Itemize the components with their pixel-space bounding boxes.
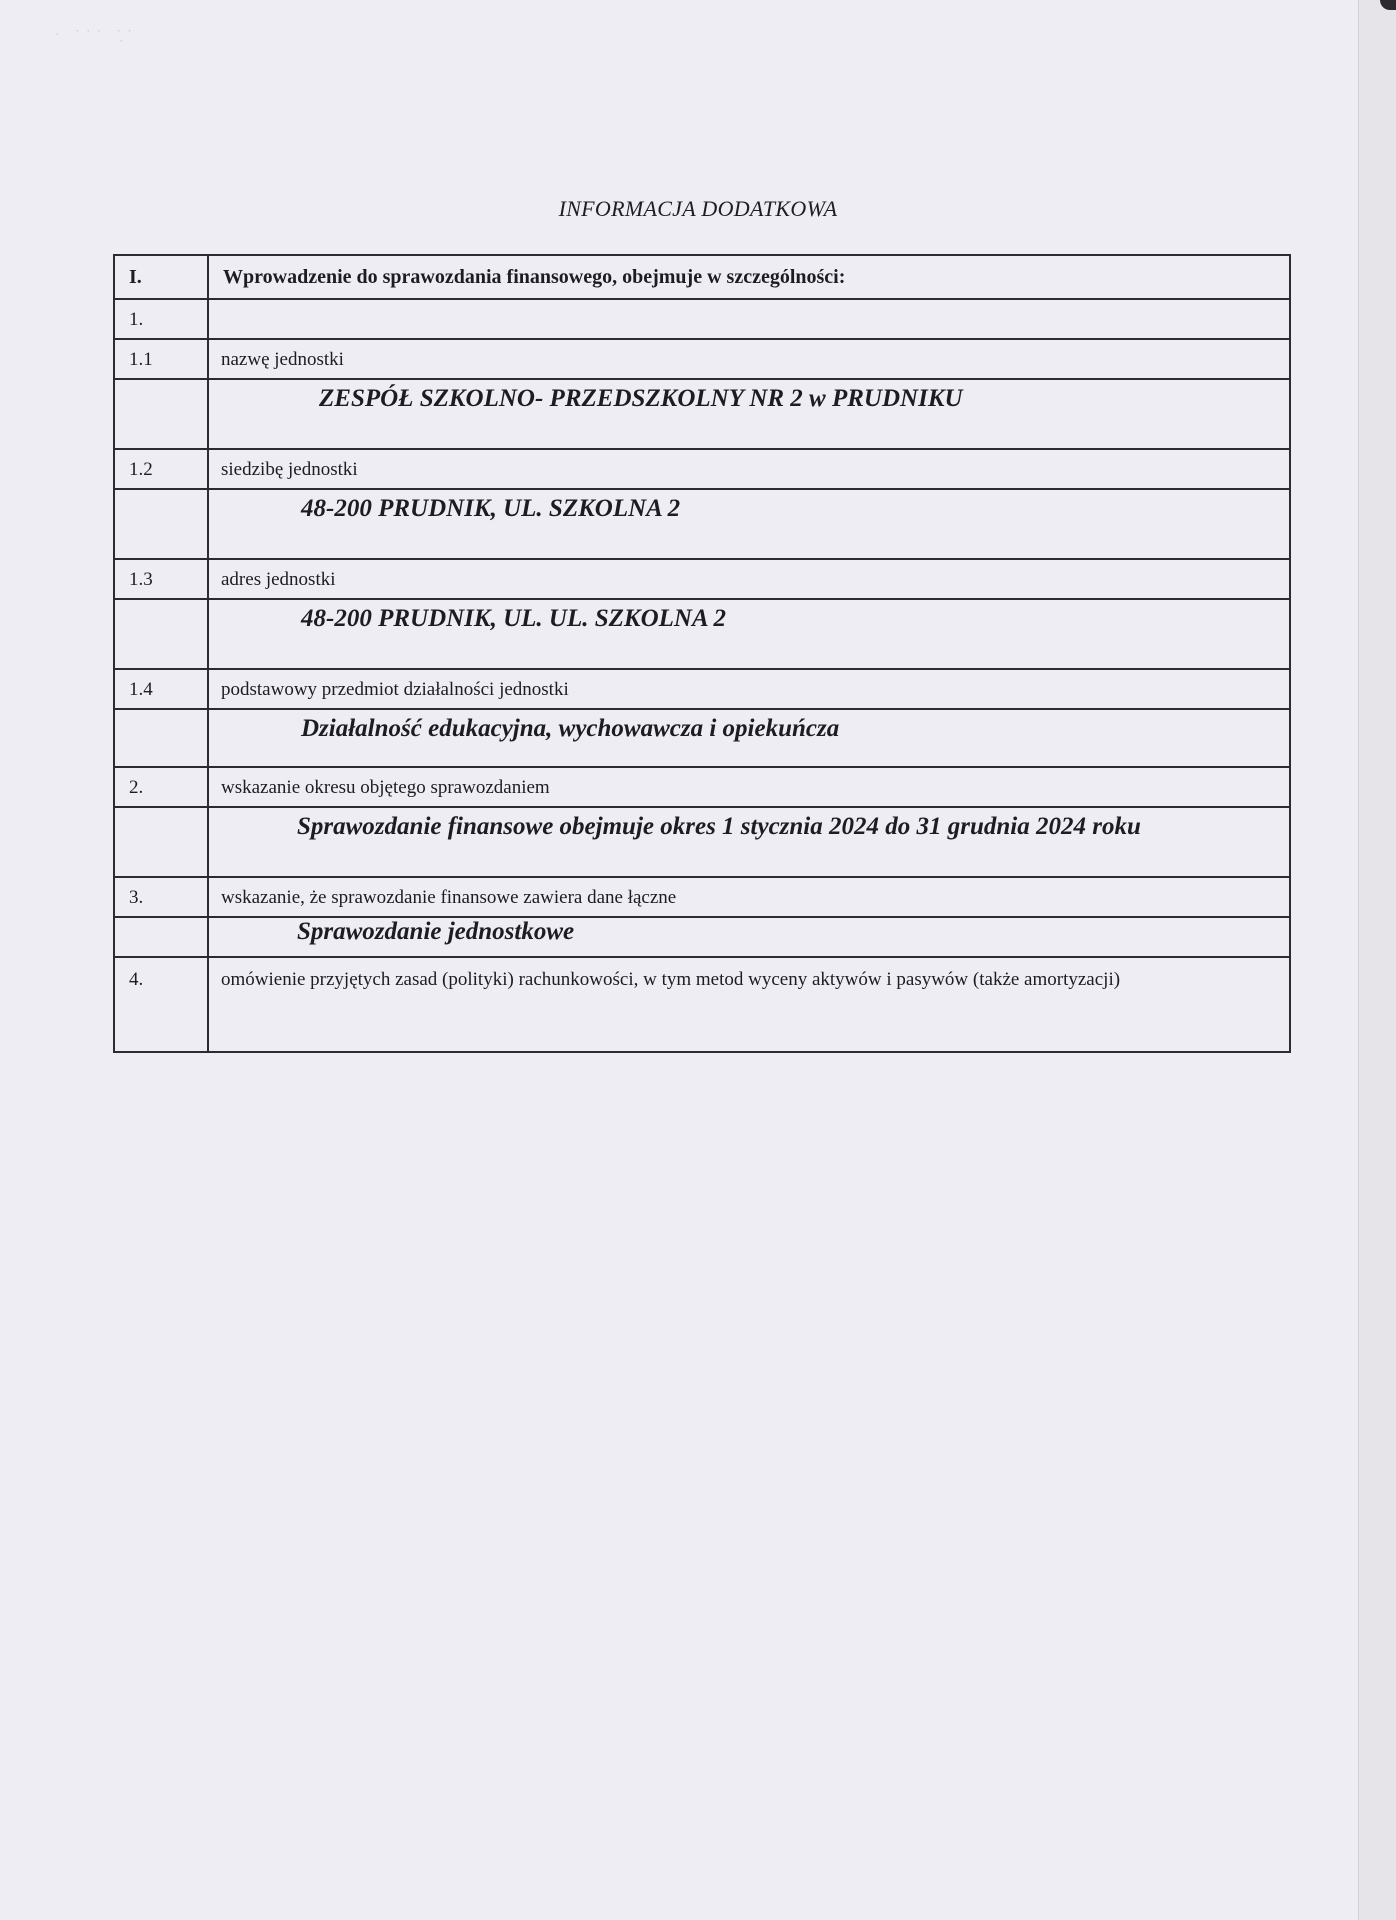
value-row: Sprawozdanie finansowe obejmuje okres 1 …	[114, 807, 1290, 877]
table-row: 1.2 siedzibę jednostki	[114, 449, 1290, 489]
row-number: 4.	[129, 958, 207, 992]
unit-name-value: ZESPÓŁ SZKOLNO- PRZEDSZKOLNY NR 2 w PRUD…	[221, 380, 1265, 413]
row-number: 1.	[129, 300, 207, 331]
section-number: I.	[114, 255, 208, 299]
row-label: wskazanie okresu objętego sprawozdaniem	[221, 768, 1265, 799]
section-heading: Wprowadzenie do sprawozdania finansowego…	[208, 255, 1290, 299]
row-number: 1.4	[129, 670, 207, 701]
table-row: 3. wskazanie, że sprawozdanie finansowe …	[114, 877, 1290, 917]
row-number: 1.3	[129, 560, 207, 591]
table-row: 2. wskazanie okresu objętego sprawozdani…	[114, 767, 1290, 807]
table-row: 1.3 adres jednostki	[114, 559, 1290, 599]
period-value: Sprawozdanie finansowe obejmuje okres 1 …	[221, 808, 1265, 841]
unit-address-value: 48-200 PRUDNIK, UL. UL. SZKOLNA 2	[221, 600, 1265, 633]
row-label: podstawowy przedmiot działalności jednos…	[221, 670, 1265, 701]
row-number: 1.2	[129, 450, 207, 481]
report-type-value: Sprawozdanie jednostkowe	[221, 918, 1265, 946]
table-row: 1.4 podstawowy przedmiot działalności je…	[114, 669, 1290, 709]
table-row: 4. omówienie przyjętych zasad (polityki)…	[114, 957, 1290, 1052]
activity-value: Działalność edukacyjna, wychowawcza i op…	[221, 710, 1265, 743]
row-label: wskazanie, że sprawozdanie finansowe zaw…	[221, 878, 1265, 909]
value-row: ZESPÓŁ SZKOLNO- PRZEDSZKOLNY NR 2 w PRUD…	[114, 379, 1290, 449]
value-row: Sprawozdanie jednostkowe	[114, 917, 1290, 957]
row-number: 2.	[129, 768, 207, 799]
section-header-row: I. Wprowadzenie do sprawozdania finansow…	[114, 255, 1290, 299]
row-number: 1.1	[129, 340, 207, 371]
value-row: 48-200 PRUDNIK, UL. SZKOLNA 2	[114, 489, 1290, 559]
row-label: adres jednostki	[221, 560, 1265, 591]
unit-seat-value: 48-200 PRUDNIK, UL. SZKOLNA 2	[221, 490, 1265, 523]
value-row: 48-200 PRUDNIK, UL. UL. SZKOLNA 2	[114, 599, 1290, 669]
table-row: 1.	[114, 299, 1290, 339]
document-title: INFORMACJA DODATKOWA	[0, 196, 1396, 222]
row-label	[221, 300, 1265, 309]
table-row: 1.1 nazwę jednostki	[114, 339, 1290, 379]
row-label: omówienie przyjętych zasad (polityki) ra…	[221, 958, 1265, 992]
row-label: nazwę jednostki	[221, 340, 1265, 371]
row-number: 3.	[129, 878, 207, 909]
info-table: I. Wprowadzenie do sprawozdania finansow…	[113, 254, 1291, 1053]
row-label: siedzibę jednostki	[221, 450, 1265, 481]
scan-edge-strip	[1358, 0, 1396, 1920]
value-row: Działalność edukacyjna, wychowawcza i op…	[114, 709, 1290, 767]
scan-artifact: · ˙˙˙ ˙̣˙	[55, 28, 138, 44]
